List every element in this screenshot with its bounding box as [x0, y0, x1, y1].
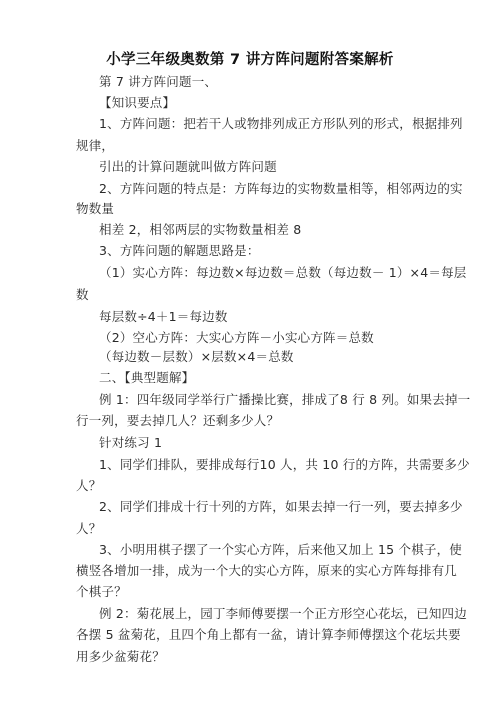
text-line: 2、同学们排成十行十列的方阵，如果去掉一行一列，要去掉多少: [99, 497, 463, 515]
text-line: （1）实心方阵：每边数×每边数＝总数（每边数－ 1）×4＝每层: [99, 263, 466, 281]
text-line: 物数量: [76, 199, 114, 217]
text-line: 例 2：菊花展上，园丁李师傅要摆一个正方形空心花坛，已知四边: [99, 604, 467, 622]
text-line: 引出的计算问题就叫做方阵问题: [99, 157, 277, 175]
text-line: 各摆 5 盆菊花，且四个角上都有一盆，请计算李师傅摆这个花坛共要: [76, 625, 461, 643]
text-line: 例 1：四年级同学举行广播操比赛，排成了8 行 8 列。如果去掉一: [99, 390, 470, 408]
text-line: 用多少盆菊花？: [76, 647, 165, 665]
text-line: 1、方阵问题：把若干人或物排列成正方形队列的形式，根据排列: [99, 114, 463, 132]
text-line: 规律，: [76, 136, 114, 154]
text-line: 【知识要点】: [99, 93, 175, 111]
text-line: 3、方阵问题的解题思路是：: [99, 241, 260, 259]
text-line: 人？: [76, 476, 101, 494]
text-line: 1、同学们排队，要排成每行10 人，共 10 行的方阵，共需要多少: [99, 455, 470, 473]
text-line: （2）空心方阵：大实心方阵－小实心方阵＝总数: [99, 328, 374, 346]
text-line: 二、【典型题解】: [99, 368, 194, 386]
text-line: 个棋子？: [76, 582, 127, 600]
text-line: 数: [76, 285, 89, 303]
text-line: 每层数÷4＋1＝每边数: [99, 307, 228, 325]
text-line: 针对练习 1: [99, 433, 162, 451]
text-line: 人？: [76, 519, 101, 537]
text-line: 横竖各增加一排，成为一个大的实心方阵，原来的实心方阵每排有几: [76, 561, 457, 579]
text-line: 行一列，要去掉几人？还剩多少人？: [76, 411, 279, 429]
text-line: 2、方阵问题的特点是：方阵每边的实物数量相等，相邻两边的实: [99, 179, 463, 197]
text-line: 第 7 讲方阵问题一、: [99, 72, 217, 90]
text-line: 3、小明用棋子摆了一个实心方阵，后来他又加上 15 个棋子，使: [99, 540, 462, 558]
text-line: 相差 2，相邻两层的实物数量相差 8: [99, 220, 301, 238]
document-title: 小学三年级奥数第 7 讲方阵问题附答案解析: [0, 48, 500, 69]
text-line: （每边数－层数）×层数×4＝总数: [99, 347, 294, 365]
